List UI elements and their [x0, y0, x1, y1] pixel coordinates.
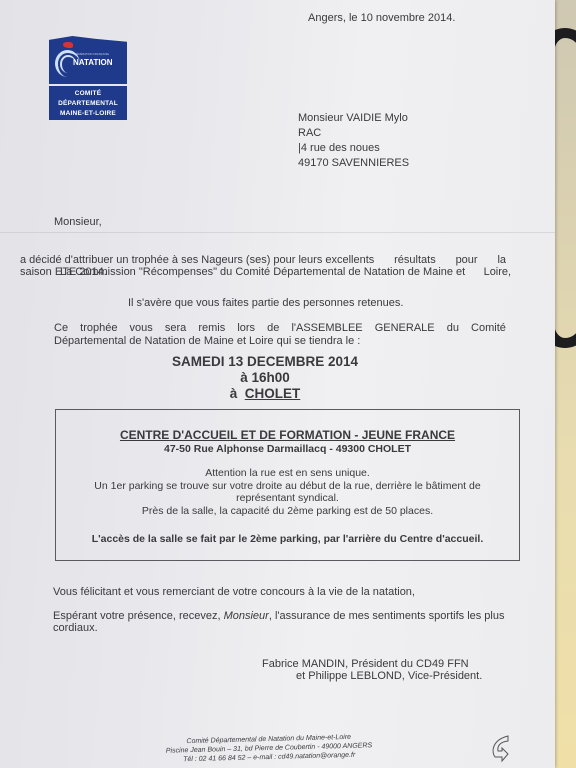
text-segment: pour: [456, 254, 478, 266]
event-place: à CHOLET: [140, 386, 390, 402]
text-segment: lors: [237, 322, 255, 334]
event-place-name: CHOLET: [245, 386, 301, 401]
paper-fold: [0, 232, 555, 233]
paragraph-line: saison ETE 2014.: [20, 266, 107, 278]
flame-icon: [63, 42, 73, 48]
logo-federation-text: FÉDÉRATION FRANÇAISE: [75, 53, 109, 56]
closing-regards: Espérant votre présence, recevez, Monsie…: [53, 610, 505, 622]
event-time: à 16h00: [140, 370, 390, 386]
natation-logo: FÉDÉRATION FRANÇAISE NATATION COMITÉ DÉP…: [49, 36, 127, 120]
event-details: SAMEDI 13 DECEMBRE 2014 à 16h00 à CHOLET: [140, 354, 390, 402]
signature-vice-president: et Philippe LEBLOND, Vice-Président.: [296, 670, 482, 682]
recipient-line: 49170 SAVENNIERES: [298, 156, 409, 171]
text-segment: trophée: [80, 322, 117, 334]
venue-title: CENTRE D'ACCUEIL ET DE FORMATION - JEUNE…: [56, 428, 519, 442]
recipient-line: Monsieur VAIDIE Mylo: [298, 111, 409, 126]
text-segment: sera: [165, 322, 186, 334]
text-segment: GENERALE: [375, 322, 435, 334]
venue-note: représentant syndical.: [56, 492, 519, 505]
logo-committee-panel: COMITÉ DÉPARTEMENTAL MAINE-ET-LOIRE: [49, 86, 127, 120]
venue-notes: Attention la rue est en sens unique. Un …: [56, 467, 519, 517]
recipient-line: RAC: [298, 126, 409, 141]
curved-arrow-icon: [490, 734, 516, 764]
text-segment: a décidé d'attribuer un trophée à ses Na…: [20, 254, 374, 266]
event-date: SAMEDI 13 DECEMBRE 2014: [140, 354, 390, 370]
logo-committee-line: COMITÉ: [49, 89, 127, 99]
logo-brand-text: NATATION: [73, 58, 113, 67]
text-segment: Ce: [54, 322, 68, 334]
paragraph-line: La Commission "Récompenses" du Comité Dé…: [60, 266, 506, 278]
venue-note: Un 1er parking se trouve sur votre droit…: [56, 480, 519, 493]
paragraph-commission: La Commission "Récompenses" du Comité Dé…: [60, 242, 506, 302]
signature-president: Fabrice MANDIN, Président du CD49 FFN: [262, 658, 469, 670]
logo-committee-line: MAINE-ET-LOIRE: [49, 109, 127, 119]
text-segment: Espérant votre présence, recevez,: [53, 610, 224, 622]
venue-info-box: CENTRE D'ACCUEIL ET DE FORMATION - JEUNE…: [55, 409, 520, 561]
text-segment-italic: Monsieur: [224, 610, 269, 622]
text-segment: vous: [130, 322, 153, 334]
text-segment: de: [267, 322, 279, 334]
letter-footer: Comité Départemental de Natation du Main…: [144, 732, 395, 766]
paragraph-line: a décidé d'attribuer un trophée à ses Na…: [20, 254, 506, 266]
recipient-line: |4 rue des noues: [298, 141, 409, 156]
text-segment: l'ASSEMBLEE: [291, 322, 362, 334]
logo-committee-line: DÉPARTEMENTAL: [49, 99, 127, 109]
paragraph-line: Ce trophée vous sera remis lors de l'ASS…: [54, 322, 506, 334]
closing-thanks: Vous félicitant et vous remerciant de vo…: [53, 586, 415, 598]
text-segment: remis: [198, 322, 225, 334]
text-segment: du: [447, 322, 459, 334]
venue-note: Près de la salle, la capacité du 2ème pa…: [56, 505, 519, 518]
date-line: Angers, le 10 novembre 2014.: [308, 12, 455, 24]
text-segment: Comité: [471, 322, 506, 334]
event-place-prefix: à: [230, 386, 238, 401]
text-segment: résultats: [394, 254, 436, 266]
text-segment: , l'assurance de mes sentiments sportifs…: [269, 610, 505, 622]
recipient-address: Monsieur VAIDIE Mylo RAC |4 rue des noue…: [298, 111, 409, 171]
salutation: Monsieur,: [54, 216, 102, 228]
closing-regards-end: cordiaux.: [53, 622, 98, 634]
paragraph-line: Départemental de Natation de Maine et Lo…: [54, 335, 360, 347]
venue-access: L'accès de la salle se fait par le 2ème …: [56, 533, 519, 545]
text-segment: la: [497, 254, 506, 266]
venue-address: 47-50 Rue Alphonse Darmaillacq - 49300 C…: [56, 443, 519, 455]
venue-note: Attention la rue est en sens unique.: [56, 467, 519, 480]
letter-page: FÉDÉRATION FRANÇAISE NATATION COMITÉ DÉP…: [0, 0, 555, 768]
paragraph-selected: Il s'avère que vous faites partie des pe…: [128, 297, 403, 309]
logo-brand-panel: FÉDÉRATION FRANÇAISE NATATION: [49, 36, 127, 84]
